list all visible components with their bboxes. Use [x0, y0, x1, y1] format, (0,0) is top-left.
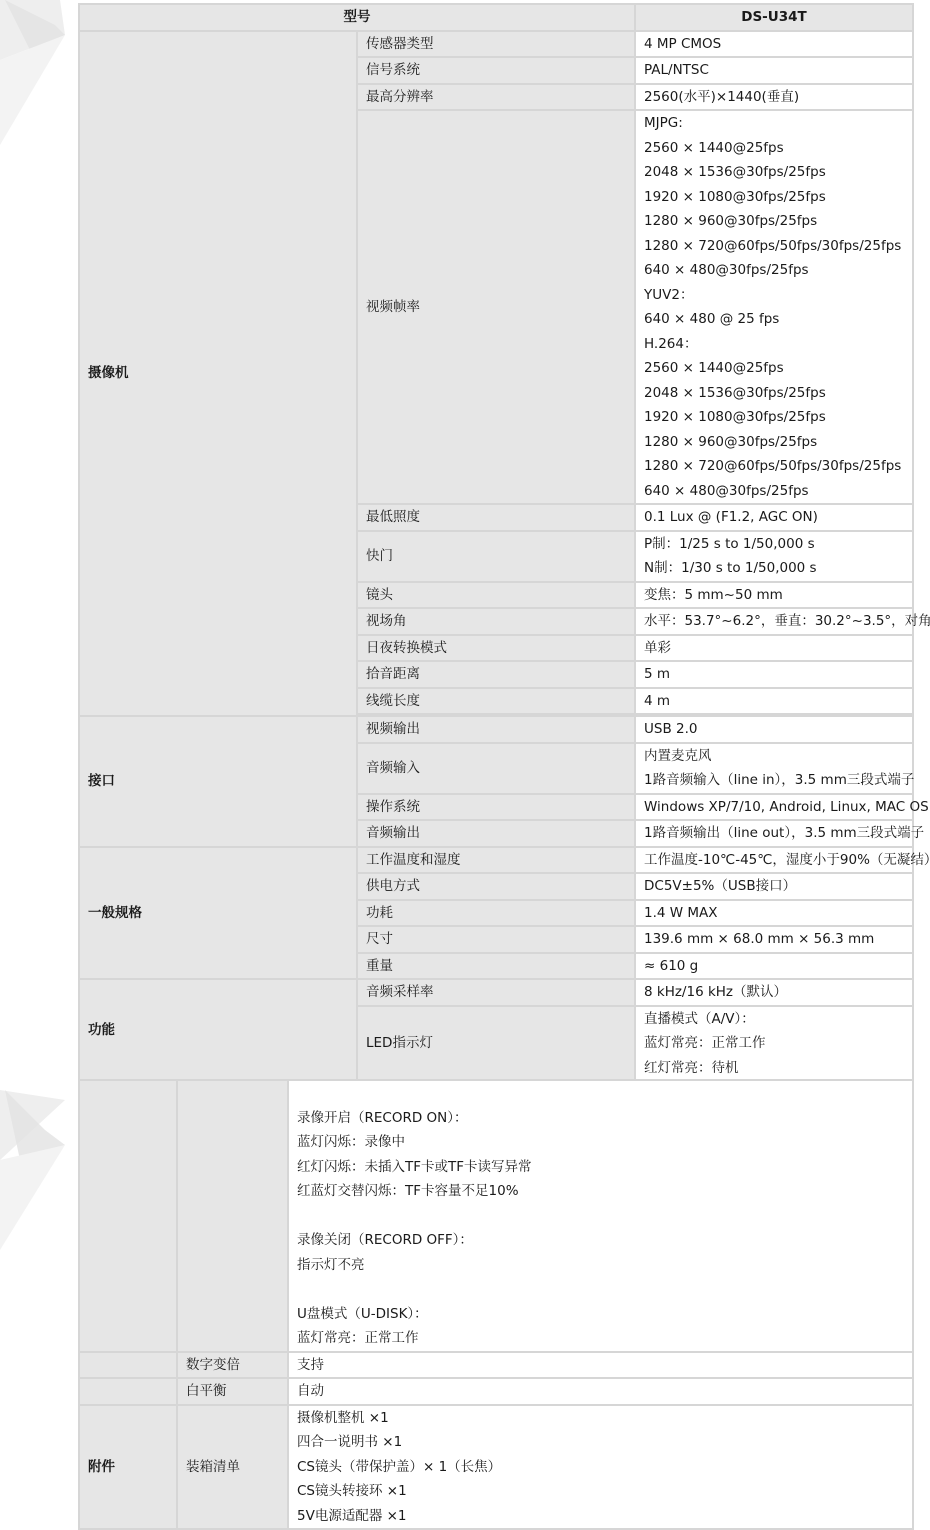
- row-key-empty: [178, 1081, 287, 1351]
- spec-table: 型号 DS-U34T 摄像机 传感器类型 4 MP CMOS 信号系统 PAL/…: [78, 3, 914, 1082]
- row-value: 内置麦克风 1路音频输入（line in），3.5 mm三段式端子: [636, 744, 912, 793]
- row-value: 变焦：5 mm~50 mm: [636, 583, 912, 608]
- row-key: 视场角: [358, 609, 634, 634]
- row-value: 2560(水平)×1440(垂直): [636, 85, 912, 110]
- table-row: 录像开启（RECORD ON）： 蓝灯闪烁：录像中 红灯闪烁：未插入TF卡或TF…: [80, 1081, 912, 1351]
- row-value: 0.1 Lux @ (F1.2, AGC ON): [636, 505, 912, 530]
- section-label-accessories: 附件: [80, 1406, 176, 1529]
- row-value: 摄像机整机 ×1 四合一说明书 ×1 CS镜头（带保护盖）× 1（长焦） CS镜…: [289, 1406, 912, 1529]
- row-key: 传感器类型: [358, 32, 634, 57]
- row-value: 支持: [289, 1353, 912, 1378]
- row-value: 139.6 mm × 68.0 mm × 56.3 mm: [636, 927, 912, 952]
- row-key: 拾音距离: [358, 662, 634, 687]
- row-value: DC5V±5%（USB接口）: [636, 874, 912, 899]
- watermark-logo-decoration: [0, 0, 80, 150]
- model-value: DS-U34T: [636, 5, 912, 30]
- row-key: 操作系统: [358, 795, 634, 820]
- section-label-interface: 接口: [80, 717, 356, 846]
- row-value: 直播模式（A/V）： 蓝灯常亮：正常工作 红灯常亮：待机: [636, 1007, 912, 1081]
- table-row: 摄像机 传感器类型 4 MP CMOS: [80, 32, 912, 57]
- row-value: PAL/NTSC: [636, 58, 912, 83]
- table-row: 数字变倍 支持: [80, 1353, 912, 1378]
- model-label: 型号: [80, 5, 634, 30]
- row-key: 供电方式: [358, 874, 634, 899]
- row-key: 装箱清单: [178, 1406, 287, 1529]
- row-value: ≈ 610 g: [636, 954, 912, 979]
- row-key: 镜头: [358, 583, 634, 608]
- section-label-function: 功能: [80, 980, 356, 1080]
- watermark-logo-decoration: [0, 1075, 80, 1255]
- row-key: 数字变倍: [178, 1353, 287, 1378]
- table-row: 附件 装箱清单 摄像机整机 ×1 四合一说明书 ×1 CS镜头（带保护盖）× 1…: [80, 1406, 912, 1529]
- row-key: 尺寸: [358, 927, 634, 952]
- row-key: 音频输入: [358, 744, 634, 793]
- row-key: 音频输出: [358, 821, 634, 846]
- row-key: 功耗: [358, 901, 634, 926]
- spec-table-continued: 录像开启（RECORD ON）： 蓝灯闪烁：录像中 红灯闪烁：未插入TF卡或TF…: [78, 1079, 914, 1530]
- row-key: 快门: [358, 532, 634, 581]
- row-value: 8 kHz/16 kHz（默认）: [636, 980, 912, 1005]
- row-value: 录像开启（RECORD ON）： 蓝灯闪烁：录像中 红灯闪烁：未插入TF卡或TF…: [289, 1081, 912, 1351]
- header-row: 型号 DS-U34T: [80, 5, 912, 30]
- row-value: 自动: [289, 1379, 912, 1404]
- row-value: P制：1/25 s to 1/50,000 s N制：1/30 s to 1/5…: [636, 532, 912, 581]
- row-key: 信号系统: [358, 58, 634, 83]
- row-value: MJPG: 2560 × 1440@25fps 2048 × 1536@30fp…: [636, 111, 912, 503]
- section-label-general: 一般规格: [80, 848, 356, 979]
- row-value: 4 m: [636, 689, 912, 714]
- row-key: 重量: [358, 954, 634, 979]
- row-value: 5 m: [636, 662, 912, 687]
- row-key: 工作温度和湿度: [358, 848, 634, 873]
- table-row: 白平衡 自动: [80, 1379, 912, 1404]
- row-value: USB 2.0: [636, 717, 912, 742]
- section-label-empty: [80, 1379, 176, 1404]
- table-row: 接口 视频输出 USB 2.0: [80, 717, 912, 742]
- table-row: 一般规格 工作温度和湿度 工作温度-10℃-45℃，湿度小于90%（无凝结）: [80, 848, 912, 873]
- row-key: 日夜转换模式: [358, 636, 634, 661]
- row-value: 水平：53.7°~6.2°，垂直：30.2°~3.5°，对角线：61.5°~7.…: [636, 609, 912, 634]
- section-label-camera: 摄像机: [80, 32, 356, 716]
- row-key: 线缆长度: [358, 689, 634, 714]
- row-value: 1路音频输出（line out），3.5 mm三段式端子: [636, 821, 912, 846]
- row-key: LED指示灯: [358, 1007, 634, 1081]
- row-value: Windows XP/7/10, Android, Linux, MAC OS: [636, 795, 912, 820]
- row-value: 1.4 W MAX: [636, 901, 912, 926]
- section-label-empty: [80, 1081, 176, 1351]
- row-value: 工作温度-10℃-45℃，湿度小于90%（无凝结）: [636, 848, 912, 873]
- row-value: 4 MP CMOS: [636, 32, 912, 57]
- row-value: 单彩: [636, 636, 912, 661]
- row-key: 白平衡: [178, 1379, 287, 1404]
- section-label-empty: [80, 1353, 176, 1378]
- row-key: 最高分辨率: [358, 85, 634, 110]
- row-key: 音频采样率: [358, 980, 634, 1005]
- row-key: 视频帧率: [358, 111, 634, 503]
- table-row: 功能 音频采样率 8 kHz/16 kHz（默认）: [80, 980, 912, 1005]
- row-key: 视频输出: [358, 717, 634, 742]
- row-key: 最低照度: [358, 505, 634, 530]
